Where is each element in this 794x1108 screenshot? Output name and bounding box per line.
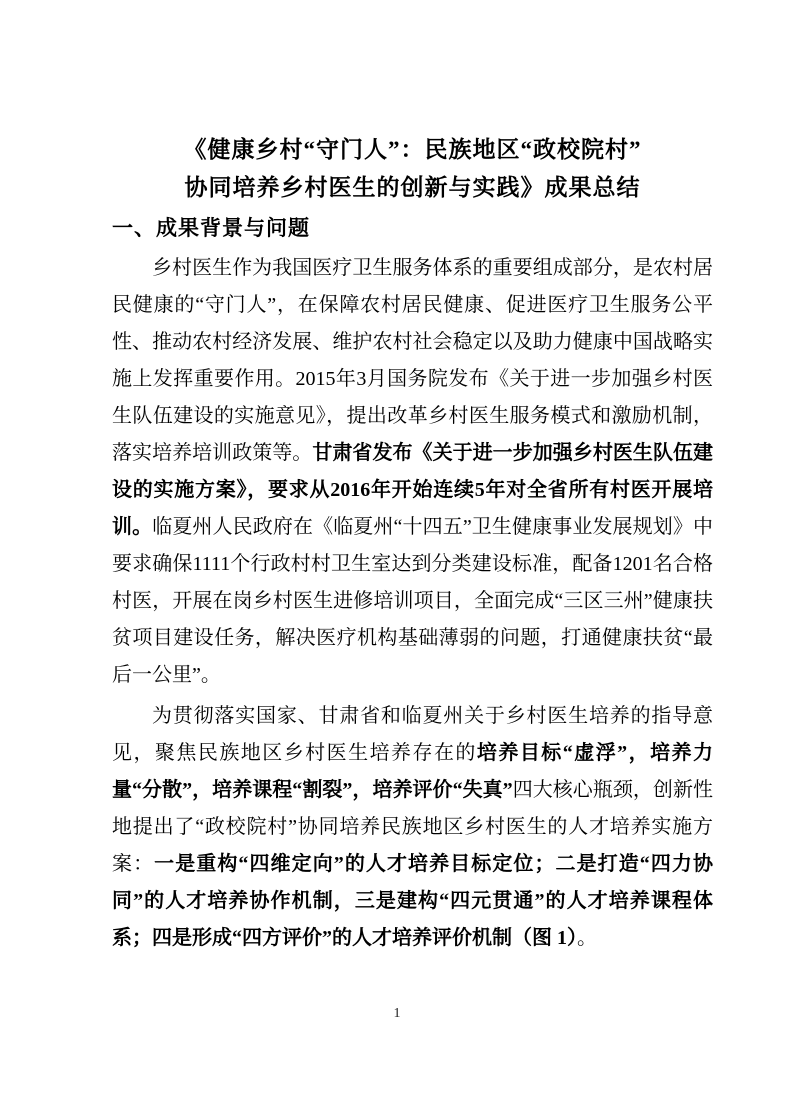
text-segment-bold: 一是重构“四维定向”的人才培养目标定位；二是打造“四力协同”的人才培养协作机制，… [112, 853, 713, 949]
document-title: 《健康乡村“守门人”：民族地区“政校院村” 协同培养乡村医生的创新与实践》成果总… [112, 131, 713, 207]
text-segment-regular: 临夏州人民政府在《临夏州“十四五”卫生健康事业发展规划》中要求确保1111个行政… [112, 516, 713, 686]
document-page: 《健康乡村“守门人”：民族地区“政校院村” 协同培养乡村医生的创新与实践》成果总… [0, 0, 794, 1108]
section-heading-background-and-problems: 一、成果背景与问题 [112, 210, 713, 247]
paragraph-policy-background: 乡村医生作为我国医疗卫生服务体系的重要组成部分，是农村居民健康的“守门人”，在保… [112, 250, 713, 694]
text-segment-regular: 。 [577, 927, 597, 949]
title-line-1: 《健康乡村“守门人”：民族地区“政校院村” [112, 131, 713, 169]
paragraph-training-scheme: 为贯彻落实国家、甘肃省和临夏州关于乡村医生培养的指导意见，聚焦民族地区乡村医生培… [112, 698, 713, 957]
title-line-2: 协同培养乡村医生的创新与实践》成果总结 [112, 169, 713, 207]
text-segment-regular: 乡村医生作为我国医疗卫生服务体系的重要组成部分，是农村居民健康的“守门人”，在保… [112, 257, 713, 464]
page-number: 1 [0, 1004, 794, 1024]
document-content: 《健康乡村“守门人”：民族地区“政校院村” 协同培养乡村医生的创新与实践》成果总… [112, 0, 713, 957]
